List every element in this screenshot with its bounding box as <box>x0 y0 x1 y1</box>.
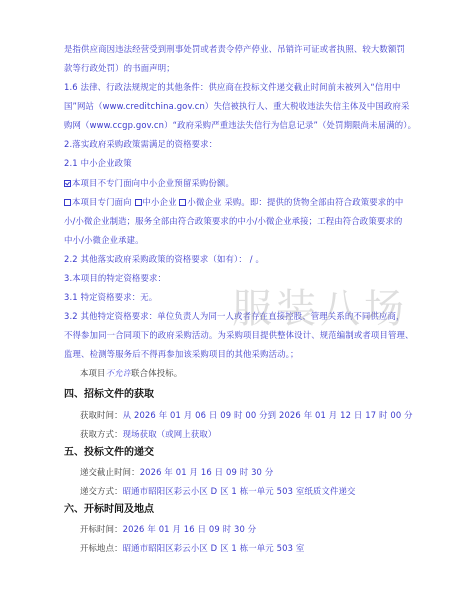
field-label: 获取时间： <box>80 410 123 420</box>
watermark: 服装八场 <box>232 277 408 334</box>
field-label: 开标地点： <box>80 543 123 553</box>
section-heading-6: 六、开标时间及地点 <box>64 503 154 516</box>
section-heading-5: 五、投标文件的递交 <box>64 446 154 459</box>
text: 本项目 <box>80 368 106 378</box>
checkbox-label: 本项目专门面向 <box>72 197 135 207</box>
opening-place-line: 开标地点：昭通市昭阳区彩云小区 D 区 1 栋一单元 503 室 <box>80 543 425 554</box>
checkbox-icon[interactable] <box>135 199 142 206</box>
acquire-time-line: 获取时间：从 2026 年 01 月 06 日 09 时 00 分到 2026 … <box>80 410 425 421</box>
field-label: 递交截止时间： <box>80 467 140 477</box>
text-line: 2.2 其他落实政府采购政策的资格要求（如有）： / 。 <box>64 254 409 265</box>
field-value: 昭通市昭阳区彩云小区 D 区 1 栋一单元 503 室 <box>123 543 305 553</box>
text-line: 3.2 其他特定资格要求：单位负责人为同一人或者存在直接控股、管理关系的不同供应… <box>64 311 409 322</box>
checkbox-checked-icon[interactable] <box>64 180 71 187</box>
checkbox-icon[interactable] <box>64 199 71 206</box>
deadline-line: 递交截止时间：2026 年 01 月 16 日 09 时 30 分 <box>80 467 425 478</box>
field-label: 获取方式： <box>80 429 123 439</box>
checkbox-label: 小微企业 采购。即：提供的货物全部由符合政策要求的中 <box>187 197 403 207</box>
checkbox-label: 本项目不专门面向中小企业预留采购份额。 <box>72 178 234 188</box>
consortium-value: 不允许 <box>106 368 132 378</box>
checkbox-line-dedicated: 本项目专门面向 中小企业 小微企业 采购。即：提供的货物全部由符合政策要求的中 <box>64 197 409 208</box>
text-line: 不得参加同一合同项下的政府采购活动。为采购项目提供整体设计、规范编制或者项目管理… <box>64 330 409 341</box>
text-line: 2.1 中小企业政策 <box>64 158 409 169</box>
checkbox-line-no-reserve: 本项目不专门面向中小企业预留采购份额。 <box>64 178 409 189</box>
checkbox-label: 中小企业 <box>143 197 180 207</box>
field-value: 从 2026 年 01 月 06 日 09 时 00 分到 2026 年 01 … <box>123 410 413 420</box>
section-heading-4: 四、招标文件的获取 <box>64 388 154 401</box>
field-value: 2026 年 01 月 16 日 09 时 30 分 <box>123 524 257 534</box>
consortium-line: 本项目不允许联合体投标。 <box>80 368 425 379</box>
document-page: 是指供应商因违法经营受到刑事处罚或者责令停产停业、吊销许可证或者执照、较大数额罚… <box>0 0 450 600</box>
text-line: 款等行政处罚）的书面声明； <box>64 63 409 74</box>
text-line: 1.6 法律、行政法规规定的其他条件：供应商在投标文件递交截止时间前未被列入“信… <box>64 82 409 93</box>
field-label: 开标时间： <box>80 524 123 534</box>
field-value: 2026 年 01 月 16 日 09 时 30 分 <box>140 467 274 477</box>
field-value: 昭通市昭阳区彩云小区 D 区 1 栋一单元 503 室纸质文件递交 <box>123 486 356 496</box>
text-line: 中小/小微企业承建。 <box>64 235 409 246</box>
text: 联合体投标。 <box>131 368 182 378</box>
text-line: 监理、检测等服务后不得再参加该采购项目的其他采购活动。； <box>64 349 409 360</box>
text-line: 2.落实政府采购政策需满足的资格要求： <box>64 139 409 150</box>
submit-method-line: 递交方式：昭通市昭阳区彩云小区 D 区 1 栋一单元 503 室纸质文件递交 <box>80 486 425 497</box>
text-line: 是指供应商因违法经营受到刑事处罚或者责令停产停业、吊销许可证或者执照、较大数额罚 <box>64 44 409 55</box>
text-line: 购网（www.ccgp.gov.cn）“政府采购严重违法失信行为信息记录”（处罚… <box>64 120 409 131</box>
text-line: 3.本项目的特定资格要求： <box>64 273 409 284</box>
opening-time-line: 开标时间：2026 年 01 月 16 日 09 时 30 分 <box>80 524 425 535</box>
text-line: 3.1 特定资格要求：无。 <box>64 292 409 303</box>
acquire-method-line: 获取方式：现场获取（或网上获取） <box>80 429 425 440</box>
text-line: 国”网站（www.creditchina.gov.cn）失信被执行人、重大税收违… <box>64 101 409 112</box>
field-label: 递交方式： <box>80 486 123 496</box>
text-line: 小/小微企业制造；服务全部由符合政策要求的中小/小微企业承接；工程由符合政策要求… <box>64 216 409 227</box>
checkbox-icon[interactable] <box>179 199 186 206</box>
field-value: 现场获取（或网上获取） <box>123 429 217 439</box>
